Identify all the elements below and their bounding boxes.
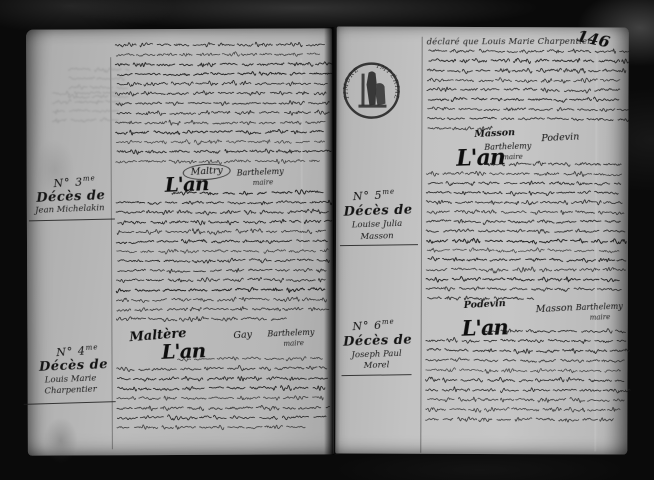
handwriting-line: [429, 48, 631, 53]
handwriting-line: [427, 87, 620, 93]
handwriting-line: [425, 417, 613, 422]
handwriting-line: [427, 77, 620, 83]
handwriting-line: [117, 219, 332, 225]
handwriting-line: [117, 365, 328, 371]
handwriting-line: [118, 258, 330, 264]
handwriting-line: [428, 126, 492, 130]
svg-text:TIMBRE: TIMBRE: [342, 66, 361, 101]
note-number-suffix: me: [382, 318, 395, 327]
handwriting-line: [426, 199, 622, 205]
margin-note-label: Décès de: [337, 332, 417, 350]
handwriting-block: [425, 327, 633, 434]
handwriting-line: [68, 68, 129, 73]
handwriting-line: [426, 267, 626, 274]
margin-note-label: Décès de: [338, 202, 418, 220]
note-number-suffix: me: [382, 188, 395, 197]
right-page: 146 déclaré que Louis Marie Charpentier …: [335, 26, 628, 454]
handwriting-line: [426, 238, 626, 244]
note-number-text: N° 5: [353, 189, 383, 203]
note-number-suffix: me: [83, 174, 96, 183]
handwriting-line: [116, 277, 325, 283]
handwriting-line: [69, 76, 125, 80]
handwriting-line: [117, 424, 306, 430]
margin-rule-line: [420, 37, 422, 453]
handwriting-line: [53, 109, 119, 113]
handwriting-line: [116, 297, 326, 303]
handwriting-line: [118, 268, 327, 273]
note-number-suffix: me: [85, 343, 98, 352]
handwriting-line: [115, 42, 325, 48]
handwriting-line: [117, 306, 329, 311]
timbre-imperial-stamp: TIMBRE IMPÉRIAL: [340, 60, 402, 122]
handwriting-block: [116, 354, 336, 441]
handwriting-block: [115, 40, 336, 175]
handwriting-block: [426, 47, 634, 143]
handwriting-line: [115, 119, 325, 125]
signature: maire: [590, 313, 611, 322]
handwriting-line: [428, 181, 621, 187]
handwriting-block: [116, 188, 337, 333]
stamp-staff: [361, 74, 364, 106]
bleed-through-text: [52, 89, 128, 133]
handwriting-line: [117, 149, 332, 155]
left-page: Maltry Barthelemy maire L'an N° 3me Décè…: [26, 28, 334, 455]
handwriting-line: [426, 190, 618, 196]
margin-note-underline: [24, 401, 116, 405]
handwriting-line: [426, 358, 625, 363]
handwriting-line: [116, 100, 330, 105]
handwriting-line: [426, 337, 627, 343]
handwriting-line: [116, 287, 325, 293]
note-number-text: N° 3: [53, 176, 83, 191]
handwriting-line: [427, 68, 626, 74]
handwriting-line: [426, 171, 622, 177]
handwriting-line: [116, 139, 325, 145]
handwriting-line: [116, 200, 332, 205]
stamp-text-left: TIMBRE: [342, 66, 361, 101]
handwriting-line: [117, 80, 328, 87]
margin-note-underline: [340, 244, 418, 246]
handwriting-line: [429, 58, 629, 64]
scanned-register-spread: Maltry Barthelemy maire L'an N° 3me Décè…: [0, 0, 654, 480]
handwriting-line: [427, 348, 630, 354]
handwriting-line: [427, 210, 624, 215]
signature: maire: [253, 178, 274, 187]
signature: maire: [283, 339, 304, 348]
handwriting-line: [117, 414, 326, 420]
handwriting-line: [427, 296, 534, 300]
handwriting-line: [116, 129, 324, 135]
margin-note-number: N° 6me: [343, 317, 404, 334]
handwriting-line: [117, 396, 324, 401]
margin-note-number: N° 5me: [342, 187, 407, 204]
margin-note-name: Masson: [334, 230, 420, 243]
margin-note-name: Louise Julia: [332, 218, 422, 231]
margin-note-underline: [342, 374, 412, 376]
handwriting-line: [426, 229, 625, 234]
margin-note-name: Morel: [335, 359, 417, 372]
handwriting-line: [115, 62, 333, 67]
handwriting-block: [426, 160, 635, 313]
handwriting-line: [427, 107, 629, 112]
margin-note-underline: [29, 219, 115, 222]
handwriting-line: [116, 316, 286, 322]
stamp-figure: [375, 83, 385, 106]
handwriting-line: [116, 51, 320, 57]
handwriting-line: [117, 228, 326, 235]
record-opening-line: déclaré que Louis Marie Charpentier: [427, 36, 592, 47]
handwriting-line: [52, 99, 119, 104]
handwriting-line: [117, 71, 332, 76]
handwriting-line: [425, 387, 630, 393]
stamp-figure: [366, 71, 376, 105]
handwriting-line: [428, 257, 626, 263]
handwriting-line: [485, 161, 621, 167]
handwriting-line: [428, 97, 619, 103]
note-number-text: N° 4: [56, 345, 86, 360]
handwriting-line: [426, 368, 621, 374]
handwriting-line: [117, 110, 330, 116]
handwriting-line: [426, 377, 625, 383]
handwriting-line: [427, 247, 619, 253]
handwriting-line: [427, 397, 624, 403]
handwriting-line: [426, 407, 621, 413]
handwriting-line: [427, 117, 628, 122]
handwriting-line: [426, 219, 620, 225]
margin-note-name: Charpentier: [27, 384, 113, 397]
stamp-base: [358, 105, 386, 108]
handwriting-line: [115, 90, 326, 96]
handwriting-line: [52, 91, 117, 96]
handwriting-line: [426, 287, 622, 292]
handwriting-line: [116, 159, 320, 165]
handwriting-line: [172, 190, 324, 196]
handwriting-line: [426, 276, 620, 282]
handwriting-line: [117, 376, 328, 382]
handwriting-line: [177, 356, 322, 361]
note-number-text: N° 6: [352, 319, 382, 333]
handwriting-line: [116, 209, 329, 215]
handwriting-line: [117, 385, 325, 391]
handwriting-line: [52, 118, 118, 123]
handwriting-line: [116, 239, 328, 244]
handwriting-line: [482, 328, 625, 333]
handwriting-line: [116, 249, 328, 255]
book-gutter-fold: [324, 27, 340, 455]
handwriting-line: [117, 405, 330, 411]
